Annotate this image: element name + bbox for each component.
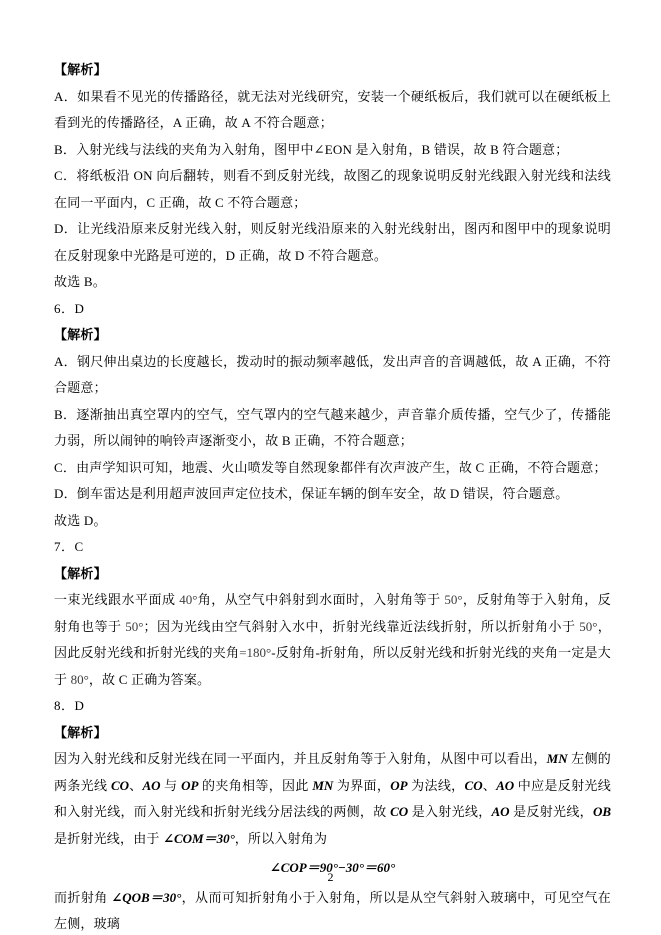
paragraph: 因为入射光线和反射光线在同一平面内，并且反射角等于入射角，从图中可以看出，MN … — [54, 746, 611, 852]
text-run: 而折射角 — [54, 890, 111, 905]
document-page: 【解析】A．如果看不见光的传播路径，就无法对光线研究，安装一个硬纸板后，我们就可… — [0, 0, 661, 935]
text-run: 与 — [161, 778, 182, 793]
number-run: 80° — [71, 672, 89, 687]
number-run: 50° — [444, 592, 462, 607]
paragraph: C．将纸板沿 ON 向后翻转，则看不到反射光线，故图乙的现象说明反射光线跟入射光… — [54, 163, 611, 216]
math-run: AO — [143, 778, 161, 793]
paragraph: D．倒车雷达是利用超声波回声定位技术，保证车辆的倒车安全，故 D 错误，符合题意… — [54, 481, 611, 508]
text-run: 7．C — [54, 539, 84, 554]
paragraph: 故选 B。 — [54, 269, 611, 296]
paragraph: A．钢尺伸出桌边的长度越长，拨动时的振动频率越低，发出声音的音调越低，故 A 正… — [54, 349, 611, 402]
text-run: 为界面， — [333, 778, 390, 793]
text-run: B．逐渐抽出真空罩内的空气，空气罩内的空气越来越少，声音靠介质传播，空气少了，传… — [54, 407, 611, 449]
math-run: OP — [181, 778, 198, 793]
math-run: CO — [465, 778, 483, 793]
text-run: ，所以入射角为 — [235, 831, 327, 846]
math-run: OB — [593, 804, 611, 819]
analysis-heading: 【解析】 — [54, 720, 611, 747]
text-run: 是折射光线，由于 — [54, 831, 163, 846]
number-run: 50° — [579, 619, 597, 634]
text-run: D．让光线沿原来反射光线入射，则反射光线沿原来的入射光线射出，图丙和图甲中的现象… — [54, 221, 611, 263]
text-run: 角，从空气中斜射到水面时，入射角等于 — [197, 592, 444, 607]
text-run: ，故 C 正确为答案。 — [89, 672, 210, 687]
text-run: 【解析】 — [54, 62, 107, 77]
paragraph: D．让光线沿原来反射光线入射，则反射光线沿原来的入射光线射出，图丙和图甲中的现象… — [54, 216, 611, 269]
math-run: CO — [111, 778, 129, 793]
analysis-heading: 【解析】 — [54, 57, 611, 84]
answer-line: 6．D — [54, 296, 611, 323]
text-run: A．如果看不见光的传播路径，就无法对光线研究，安装一个硬纸板后，我们就可以在硬纸… — [54, 89, 611, 131]
text-run: 是反射光线， — [510, 804, 593, 819]
text-run: C．将纸板沿 ON 向后翻转，则看不到反射光线，故图乙的现象说明反射光线跟入射光… — [54, 168, 611, 210]
math-run: MN — [547, 751, 568, 766]
analysis-heading: 【解析】 — [54, 322, 611, 349]
answer-line: 8．D — [54, 693, 611, 720]
math-run: AO — [496, 778, 514, 793]
page-number: 2 — [0, 870, 661, 885]
math-run: CO — [390, 804, 408, 819]
text-run: 、 — [129, 778, 142, 793]
answer-line: 7．C — [54, 534, 611, 561]
text-run: 【解析】 — [54, 725, 107, 740]
text-run: 、 — [483, 778, 496, 793]
document-body: 【解析】A．如果看不见光的传播路径，就无法对光线研究，安装一个硬纸板后，我们就可… — [54, 57, 611, 935]
text-run: D．倒车雷达是利用超声波回声定位技术，保证车辆的倒车安全，故 D 错误，符合题意… — [54, 486, 568, 501]
paragraph: C．由声学知识可知，地震、火山喷发等自然现象都伴有次声波产生，故 C 正确，不符… — [54, 455, 611, 482]
number-run: 40° — [179, 592, 197, 607]
text-run: 6．D — [54, 301, 84, 316]
text-run: 【解析】 — [54, 327, 107, 342]
text-run: ；因为光线由空气斜射入水中，折射光线靠近法线折射，所以折射角小于 — [143, 619, 579, 634]
text-run: 因为入射光线和反射光线在同一平面内，并且反射角等于入射角，从图中可以看出， — [54, 751, 547, 766]
text-run: C．由声学知识可知，地震、火山喷发等自然现象都伴有次声波产生，故 C 正确，不符… — [54, 460, 607, 475]
text-run: 【解析】 — [54, 566, 107, 581]
text-run: 的夹角相等，因此 — [198, 778, 312, 793]
number-run: 50° — [125, 619, 143, 634]
paragraph: B．入射光线与法线的夹角为入射角，图甲中∠EON 是入射角，B 错误，故 B 符… — [54, 137, 611, 164]
text-run: 8．D — [54, 698, 84, 713]
text-run: 一束光线跟水平面成 — [54, 592, 179, 607]
paragraph: 一束光线跟水平面成 40°角，从空气中斜射到水面时，入射角等于 50°，反射角等… — [54, 587, 611, 693]
text-run: 故选 D。 — [54, 513, 107, 528]
math-run: OP — [390, 778, 407, 793]
math-run: MN — [312, 778, 333, 793]
paragraph: 而折射角 ∠QOB＝30°，从而可知折射角小于入射角，所以是从空气斜射入玻璃中，… — [54, 885, 611, 935]
text-run: 是入射光线， — [408, 804, 491, 819]
number-run: =180° — [239, 645, 271, 660]
text-run: B．入射光线与法线的夹角为入射角，图甲中∠EON 是入射角，B 错误，故 B 符… — [54, 142, 568, 157]
math-run: ∠QOB＝30° — [111, 890, 181, 905]
paragraph: A．如果看不见光的传播路径，就无法对光线研究，安装一个硬纸板后，我们就可以在硬纸… — [54, 84, 611, 137]
math-run: AO — [492, 804, 510, 819]
text-run: A．钢尺伸出桌边的长度越长，拨动时的振动频率越低，发出声音的音调越低，故 A 正… — [54, 354, 611, 396]
paragraph: B．逐渐抽出真空罩内的空气，空气罩内的空气越来越少，声音靠介质传播，空气少了，传… — [54, 402, 611, 455]
text-run: 故选 B。 — [54, 274, 106, 289]
paragraph: 故选 D。 — [54, 508, 611, 535]
math-run: ∠COM＝30° — [163, 831, 235, 846]
analysis-heading: 【解析】 — [54, 561, 611, 588]
text-run: 为法线， — [408, 778, 465, 793]
